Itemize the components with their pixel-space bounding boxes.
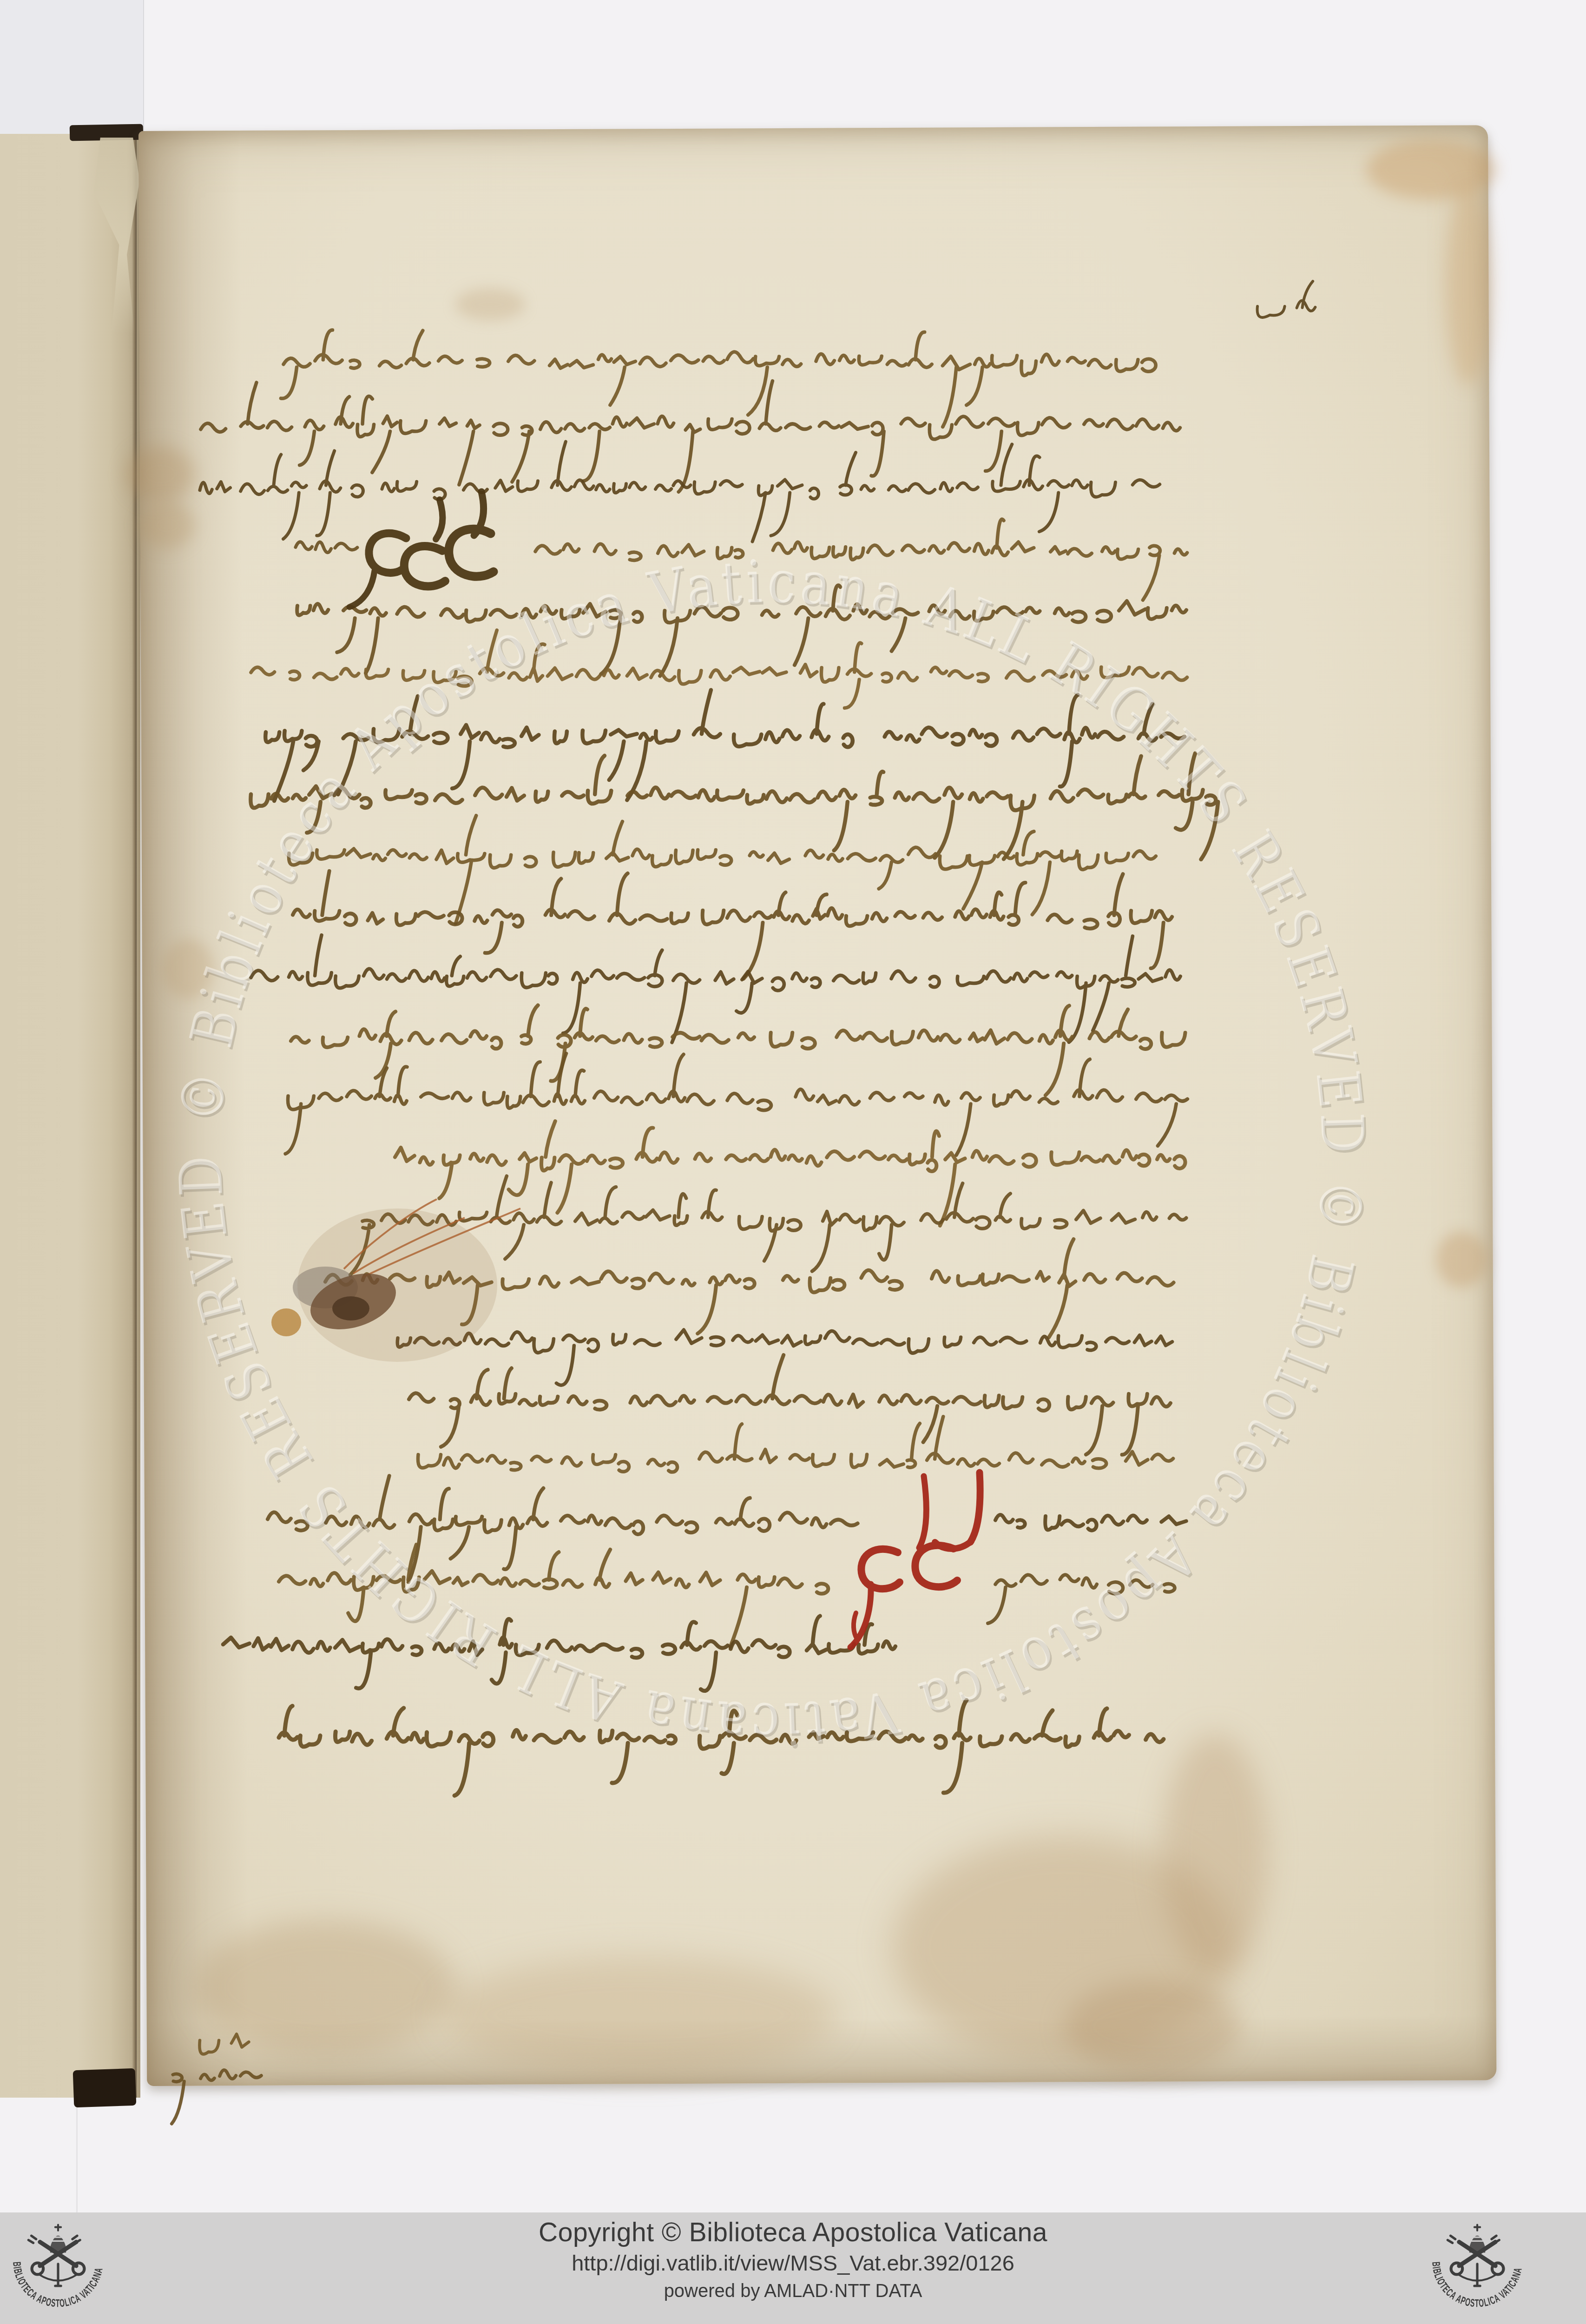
scanned-page-image: © Biblioteca Apostolica Vaticana ALL RIG… (0, 0, 1586, 2324)
text-line (281, 330, 1156, 427)
text-line (409, 1355, 1171, 1455)
text-line (199, 2034, 249, 2054)
footer-copyright: Copyright © Biblioteca Apostolica Vatica… (0, 2217, 1586, 2248)
text-line (201, 381, 1180, 492)
heading-word (349, 492, 494, 607)
text-line (289, 816, 1156, 924)
text-line (285, 1053, 1187, 1155)
watermark-shadow-text: © Biblioteca Apostolica Vaticana ALL RIG… (137, 519, 1409, 1791)
text-line (291, 1005, 1185, 1096)
footer-bar: BIBLIOTECA APOSTOLICA VATICANA Copyright… (0, 2212, 1586, 2324)
red-ink-word (850, 1472, 980, 1647)
text-line (251, 935, 1180, 1043)
text-line (296, 542, 357, 553)
manuscript-ink-and-watermark: © Biblioteca Apostolica Vaticana ALL RIG… (0, 0, 1586, 2324)
text-line (1257, 281, 1316, 317)
text-line (418, 1417, 1173, 1472)
footer-url: http://digi.vatlib.it/view/MSS_Vat.ebr.3… (0, 2250, 1586, 2277)
vatican-emblem: BIBLIOTECA APOSTOLICA VATICANA (1425, 2218, 1530, 2318)
text-line (293, 871, 1172, 979)
footer-powered-by: powered by AMLAD·NTT DATA (0, 2279, 1586, 2303)
vatican-library-logo-icon: BIBLIOTECA APOSTOLICA VATICANA (1425, 2218, 1530, 2318)
text-line (395, 1121, 1185, 1226)
text-line (171, 2070, 261, 2124)
insect-stain (271, 1199, 520, 1362)
footer-text-block: Copyright © Biblioteca Apostolica Vatica… (0, 2217, 1586, 2303)
text-line (397, 1330, 1172, 1385)
